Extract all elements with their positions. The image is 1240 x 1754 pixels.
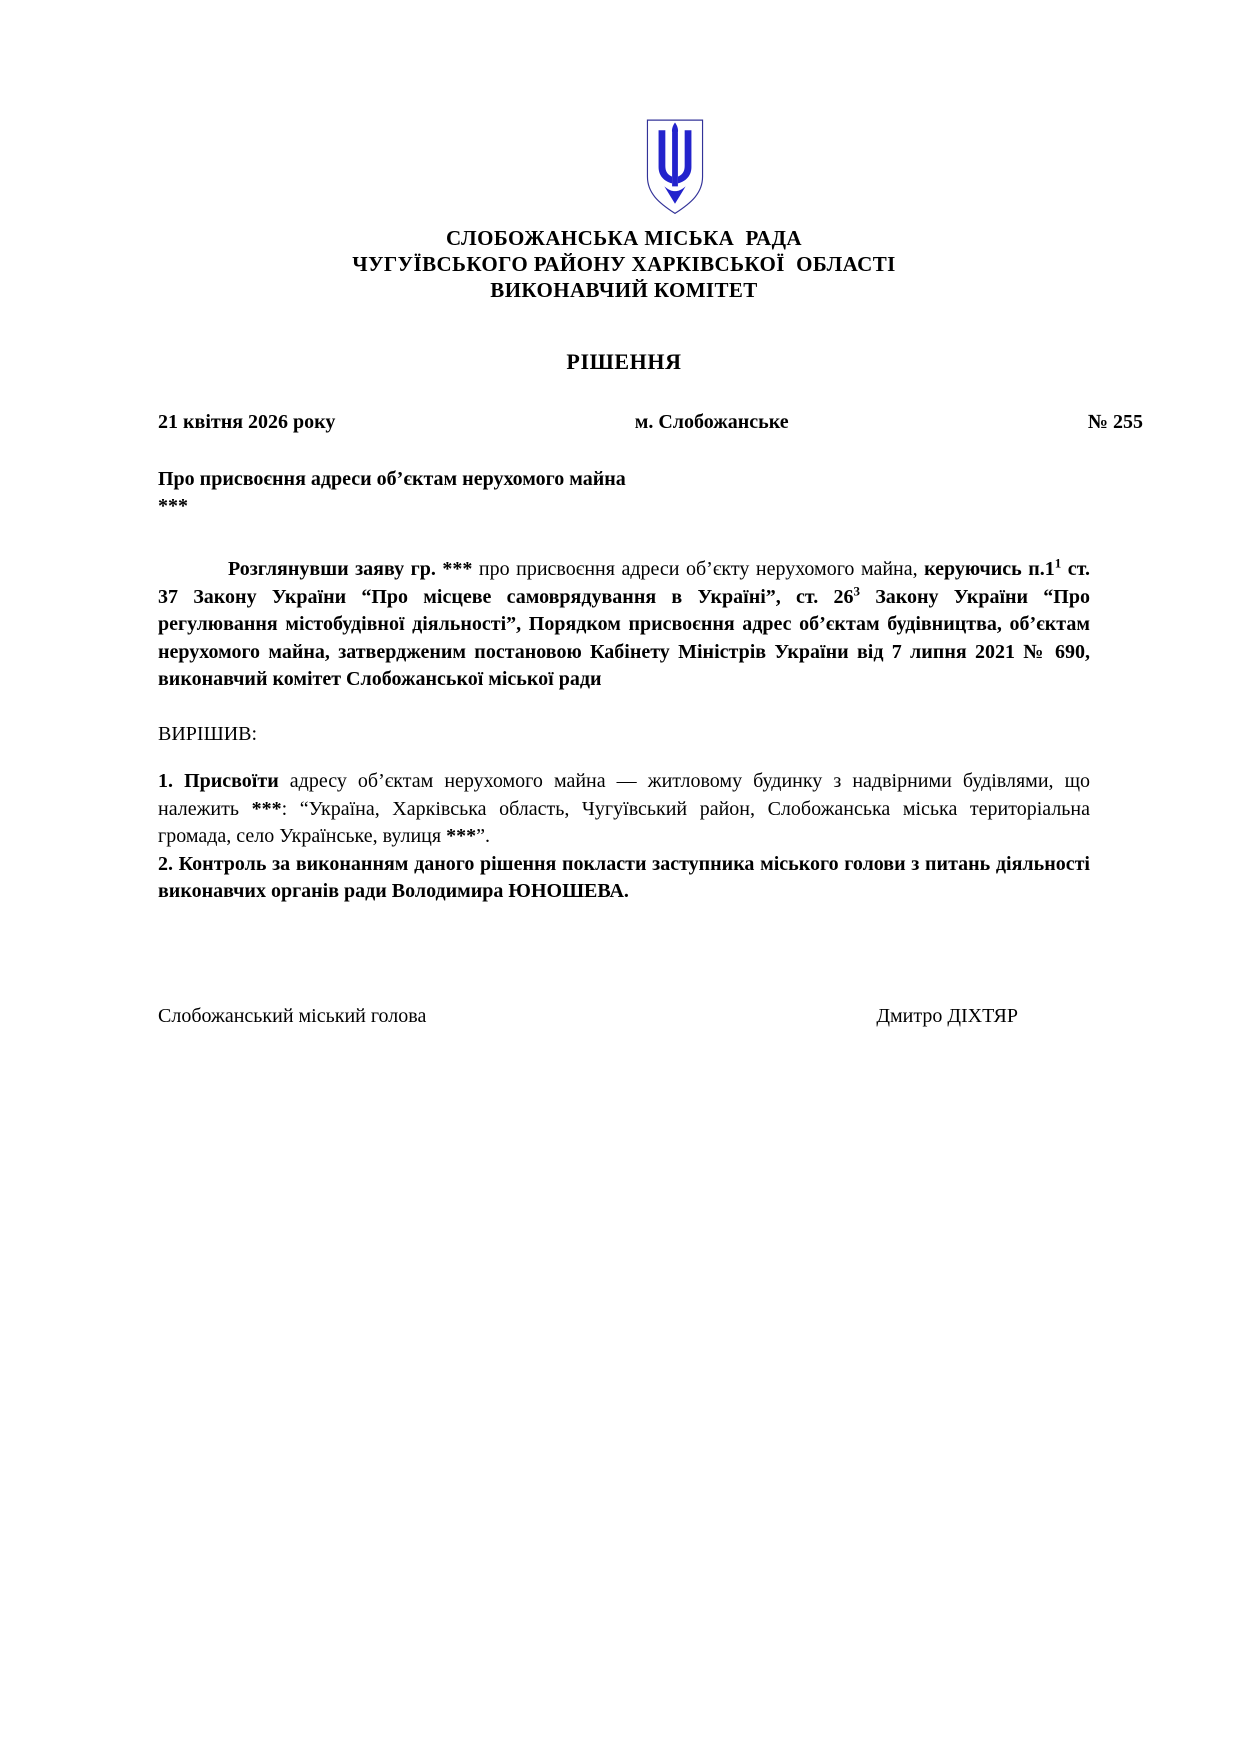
resolution-heading: ВИРІШИВ: xyxy=(158,721,1090,749)
preamble-paragraph: Розглянувши заяву гр. *** про присвоєння… xyxy=(158,556,1090,694)
org-committee: ВИКОНАВЧИЙ КОМІТЕТ xyxy=(158,277,1090,303)
resolution-items: 1. Присвоїти адресу об’єктам нерухомого … xyxy=(158,768,1090,906)
preamble-lead-bold: Розглянувши заяву гр. *** xyxy=(228,558,479,580)
coat-of-arms-ukraine xyxy=(646,118,704,216)
trident-emblem-icon xyxy=(646,118,704,216)
org-district: ЧУГУЇВСЬКОГО РАЙОНУ ХАРКІВСЬКОЇ ОБЛАСТІ xyxy=(158,251,1090,277)
decision-date: 21 квітня 2026 року xyxy=(158,409,335,436)
item1-number-verb: 1. Присвоїти xyxy=(158,770,279,792)
subject-redacted: *** xyxy=(158,493,1090,520)
signatory-title: Слобожанський міський голова xyxy=(158,1003,426,1030)
document-type-title: РІШЕННЯ xyxy=(158,349,1090,375)
subject-title: Про присвоєння адреси об’єктам нерухомог… xyxy=(158,466,1090,493)
subject-block: Про присвоєння адреси об’єктам нерухомог… xyxy=(158,466,1090,520)
signatory-name: Дмитро ДІХТЯР xyxy=(876,1003,1018,1030)
decision-place: м. Слобожанське xyxy=(635,409,789,436)
preamble-legal-1: керуючись п.1 xyxy=(924,558,1055,580)
item1-redacted-1: *** xyxy=(252,798,282,820)
item1-text-3: ”. xyxy=(476,825,490,847)
decision-number: № 255 xyxy=(1088,409,1143,436)
org-header: СЛОБОЖАНСЬКА МІСЬКА РАДА ЧУГУЇВСЬКОГО РА… xyxy=(158,225,1090,303)
item1-text-2: : “Україна, Харківська область, Чугуївсь… xyxy=(158,798,1090,848)
item1-redacted-2: *** xyxy=(446,825,476,847)
document-page: СЛОБОЖАНСЬКА МІСЬКА РАДА ЧУГУЇВСЬКОГО РА… xyxy=(0,0,1240,1754)
meta-row: 21 квітня 2026 року м. Слобожанське № 25… xyxy=(158,409,1143,436)
resolution-item-2: 2. Контроль за виконанням даного рішення… xyxy=(158,851,1090,906)
signature-row: Слобожанський міський голова Дмитро ДІХТ… xyxy=(158,1003,1090,1030)
preamble-lead-regular: про присвоєння адреси об’єкту нерухомого… xyxy=(479,558,924,580)
resolution-item-1: 1. Присвоїти адресу об’єктам нерухомого … xyxy=(158,768,1090,851)
org-name: СЛОБОЖАНСЬКА МІСЬКА РАДА xyxy=(158,225,1090,251)
